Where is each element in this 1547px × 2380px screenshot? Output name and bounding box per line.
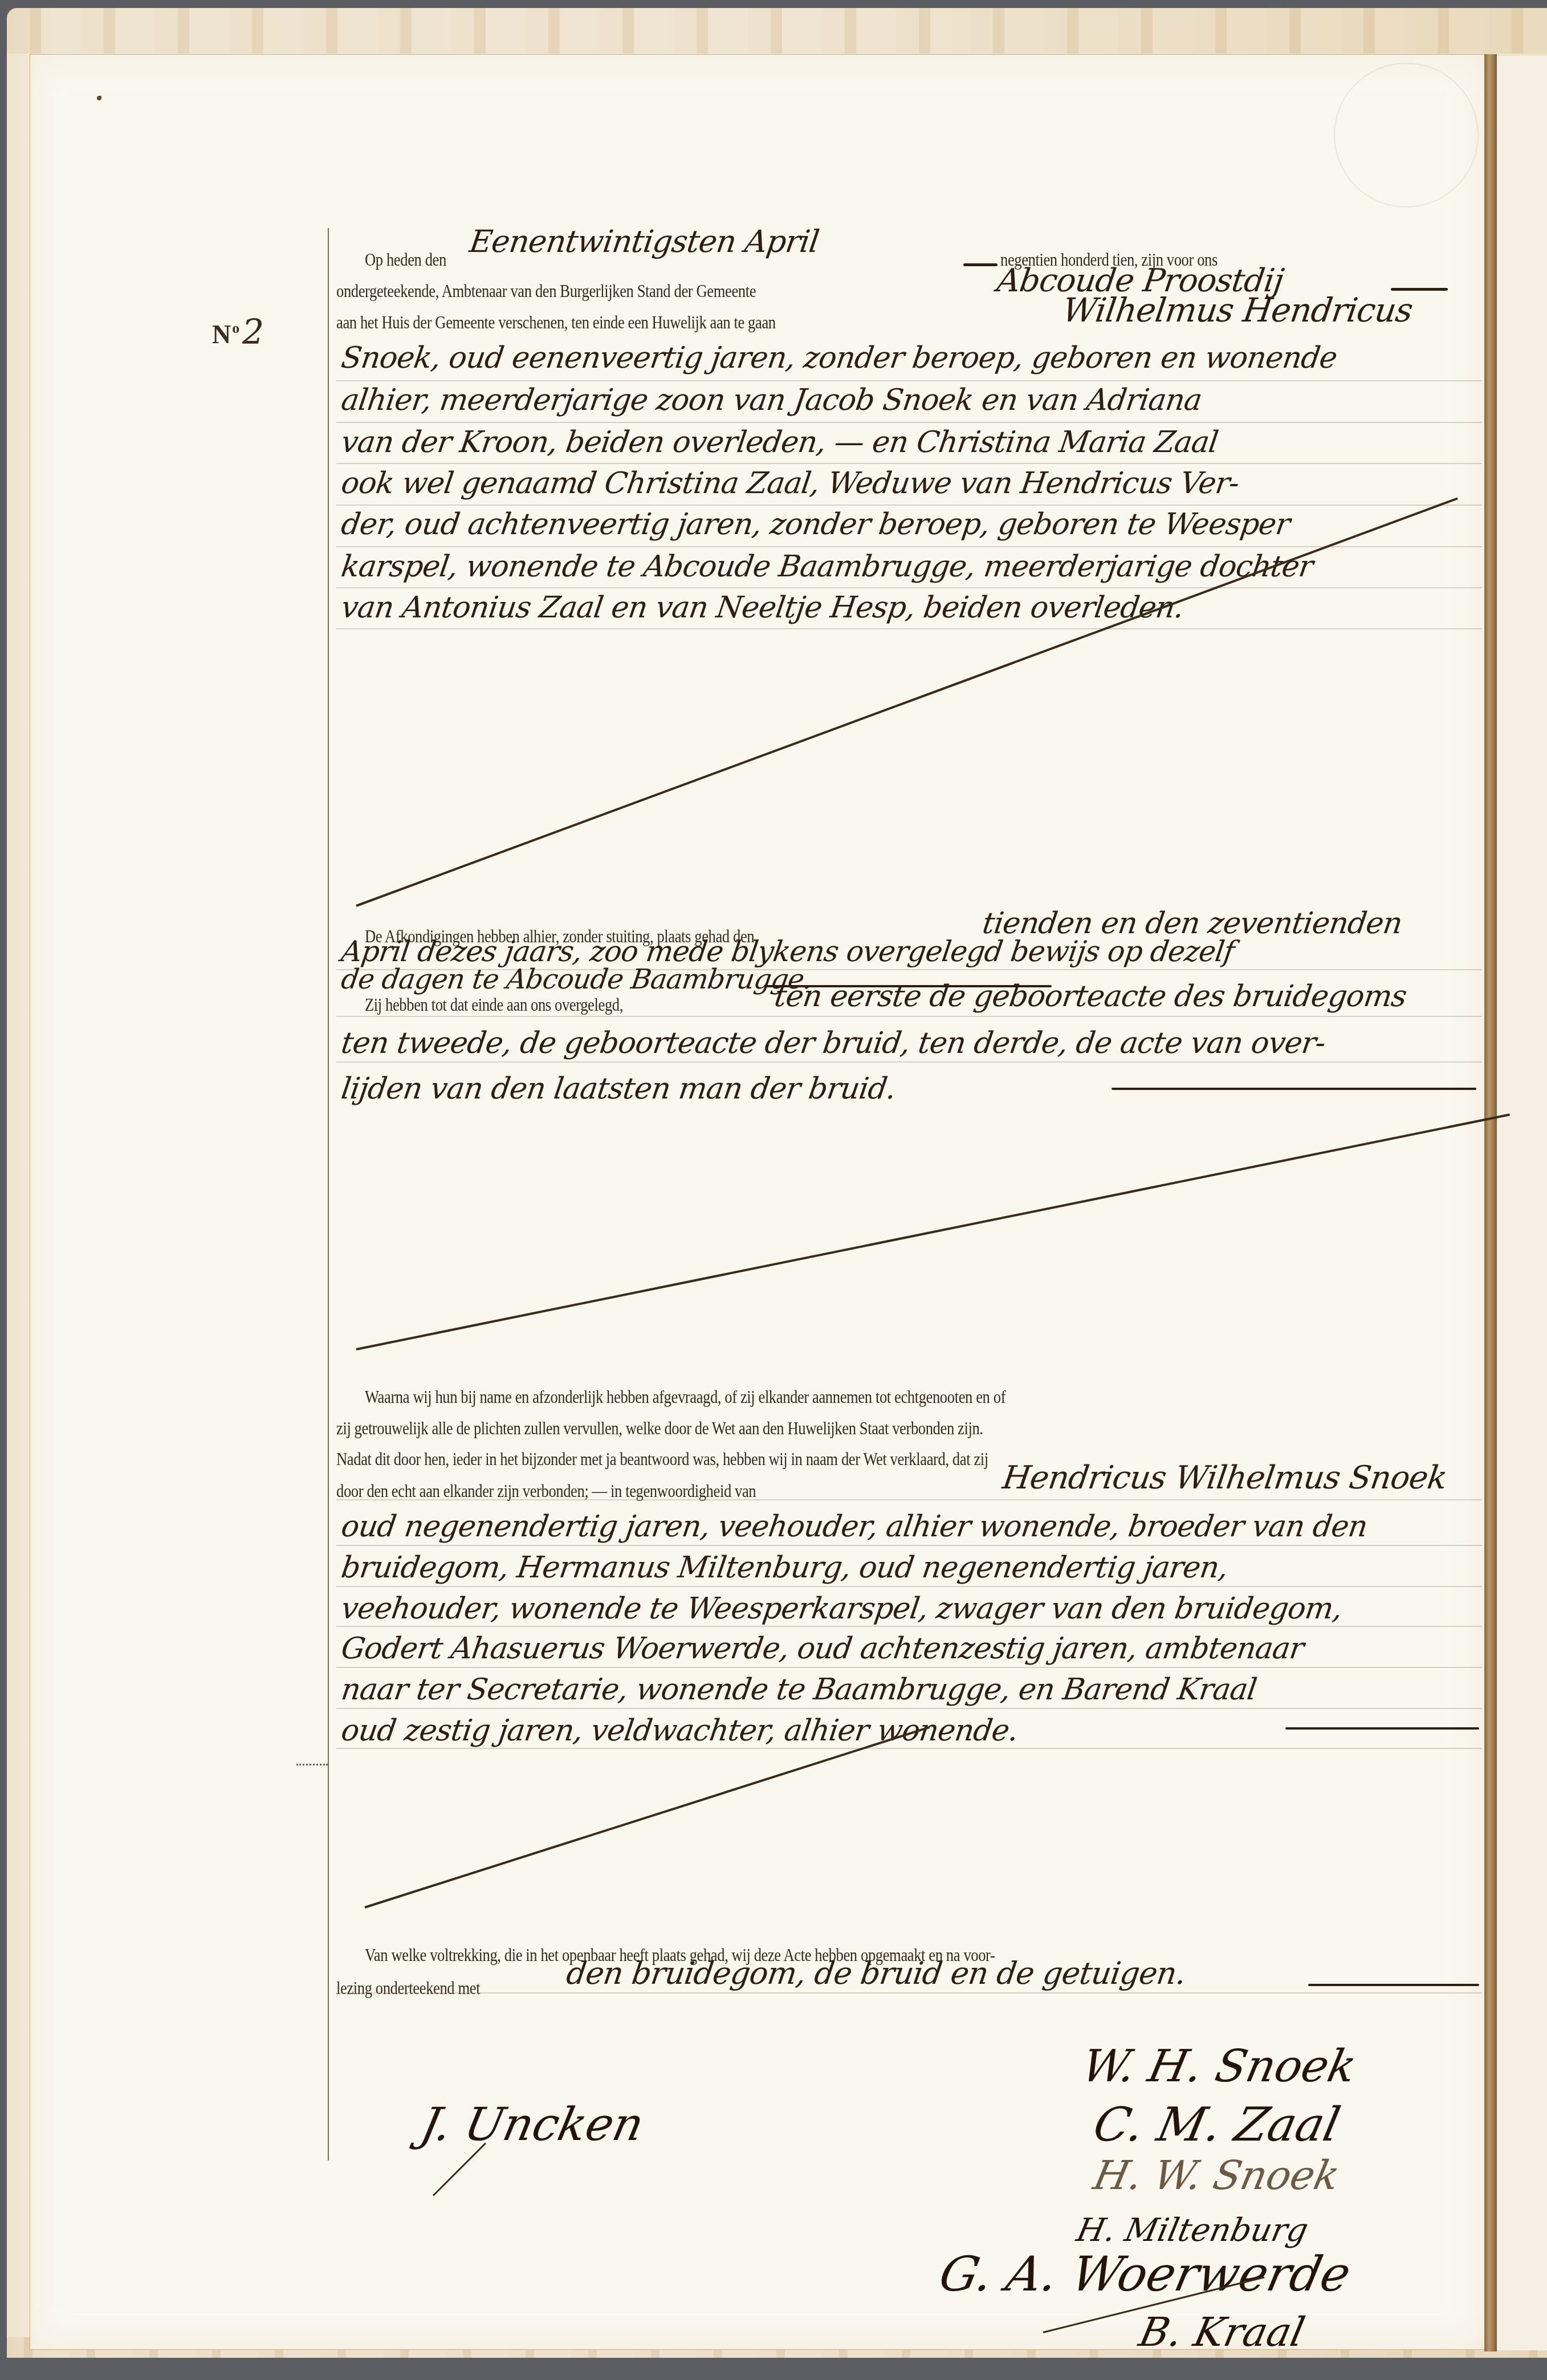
ruled-line	[336, 1992, 1482, 1993]
print-text: Waarna wij hun bij name en afzonderlijk …	[365, 1387, 1005, 1407]
print-text: lezing onderteekend met	[336, 1978, 480, 1999]
handwritten-line: Godert Ahasuerus Woerwerde, oud achtenze…	[339, 1632, 1306, 1666]
ruled-line	[336, 1667, 1482, 1668]
ruled-line	[336, 1748, 1482, 1749]
ruled-line	[336, 380, 1482, 381]
handwritten-witness-name: Hendricus Wilhelmus Snoek	[1000, 1459, 1449, 1496]
ruled-line	[336, 1586, 1482, 1587]
aged-top-edge	[7, 8, 1547, 54]
record-number-value: 2	[242, 312, 264, 352]
record-number-label: No	[212, 319, 239, 349]
signature-bride: C. M. Zaal	[1089, 2098, 1345, 2152]
ruled-line	[336, 1545, 1482, 1546]
ruled-line	[336, 1499, 1482, 1500]
margin-rule	[328, 228, 329, 2161]
ruled-line	[336, 505, 1482, 506]
ink-mark	[97, 96, 101, 100]
filler-dash	[1308, 1984, 1479, 1986]
ruled-line	[336, 628, 1482, 629]
ruled-line	[336, 1708, 1482, 1709]
handwritten-line: den bruidegom, de bruid en de getuigen.	[564, 1955, 1188, 1991]
filler-dash	[1112, 1088, 1476, 1090]
print-text: door den echt aan elkander zijn verbonde…	[336, 1481, 756, 1502]
print-text: aan het Huis der Gemeente verschenen, te…	[336, 312, 776, 333]
ruled-line	[336, 1016, 1482, 1017]
handwritten-line: ook wel genaamd Christina Zaal, Weduwe v…	[339, 466, 1241, 501]
book-spine	[1484, 54, 1497, 2351]
print-text: Nadat dit door hen, ieder in het bijzond…	[336, 1449, 988, 1470]
print-text: Zij hebben tot dat einde aan ons overgel…	[365, 995, 623, 1015]
filler-dash	[1285, 1727, 1479, 1730]
signature-witness-1: H. W. Snoek	[1089, 2152, 1344, 2199]
handwritten-line: de dagen te Abcoude Baambrugge.	[339, 963, 814, 995]
adjacent-page-edge	[1497, 56, 1547, 2350]
ruled-line	[336, 1626, 1482, 1627]
embossed-seal-icon	[1334, 63, 1479, 208]
handwritten-line: ten tweede, de geboorteacte der bruid, t…	[339, 1026, 1328, 1060]
handwritten-line: naar ter Secretarie, wonende te Baambrug…	[339, 1673, 1259, 1707]
handwritten-line: van der Kroon, beiden overleden, — en Ch…	[339, 425, 1220, 459]
ruled-line	[336, 546, 1482, 547]
ruled-line	[336, 587, 1482, 588]
signature-official: J. Uncken	[416, 2098, 649, 2151]
ruled-line	[336, 422, 1482, 423]
signature-groom: W. H. Snoek	[1077, 2041, 1361, 2092]
handwritten-line: ten eerste de geboorteacte des bruidegom…	[772, 979, 1408, 1014]
handwritten-line: lijden van den laatsten man der bruid.	[339, 1072, 898, 1106]
print-text: zij getrouwelijk alle de plichten zullen…	[336, 1418, 983, 1439]
signature-witness-2: H. Miltenburg	[1073, 2212, 1312, 2249]
filler-dash	[963, 263, 998, 266]
handwritten-date: Eenentwintigsten April	[467, 223, 821, 259]
handwritten-groom-name: Wilhelmus Hendricus	[1060, 291, 1415, 329]
handwritten-line: oud negenendertig jaren, veehouder, alhi…	[339, 1510, 1369, 1544]
ruled-line	[336, 463, 1482, 464]
signature-witness-3: G. A. Woerwerde	[935, 2246, 1356, 2302]
margin-tick	[296, 1764, 328, 1765]
handwritten-line: Snoek, oud eenenveertig jaren, zonder be…	[339, 341, 1339, 375]
handwritten-line: alhier, meerderjarige zoon van Jacob Sno…	[339, 383, 1204, 417]
handwritten-line: der, oud achtenveertig jaren, zonder ber…	[339, 507, 1292, 542]
signature-witness-4: B. Kraal	[1135, 2309, 1309, 2355]
handwritten-line: veehouder, wonende te Weesperkarspel, zw…	[339, 1592, 1344, 1626]
handwritten-line: karspel, wonende te Abcoude Baambrugge, …	[339, 550, 1315, 584]
handwritten-line: van Antonius Zaal en van Neeltje Hesp, b…	[339, 591, 1186, 625]
ruled-line	[336, 1061, 1482, 1063]
print-text: ondergeteekende, Ambtenaar van den Burge…	[336, 281, 756, 302]
print-text: Op heden den	[365, 250, 446, 270]
handwritten-line: bruidegom, Hermanus Miltenburg, oud nege…	[339, 1551, 1230, 1585]
